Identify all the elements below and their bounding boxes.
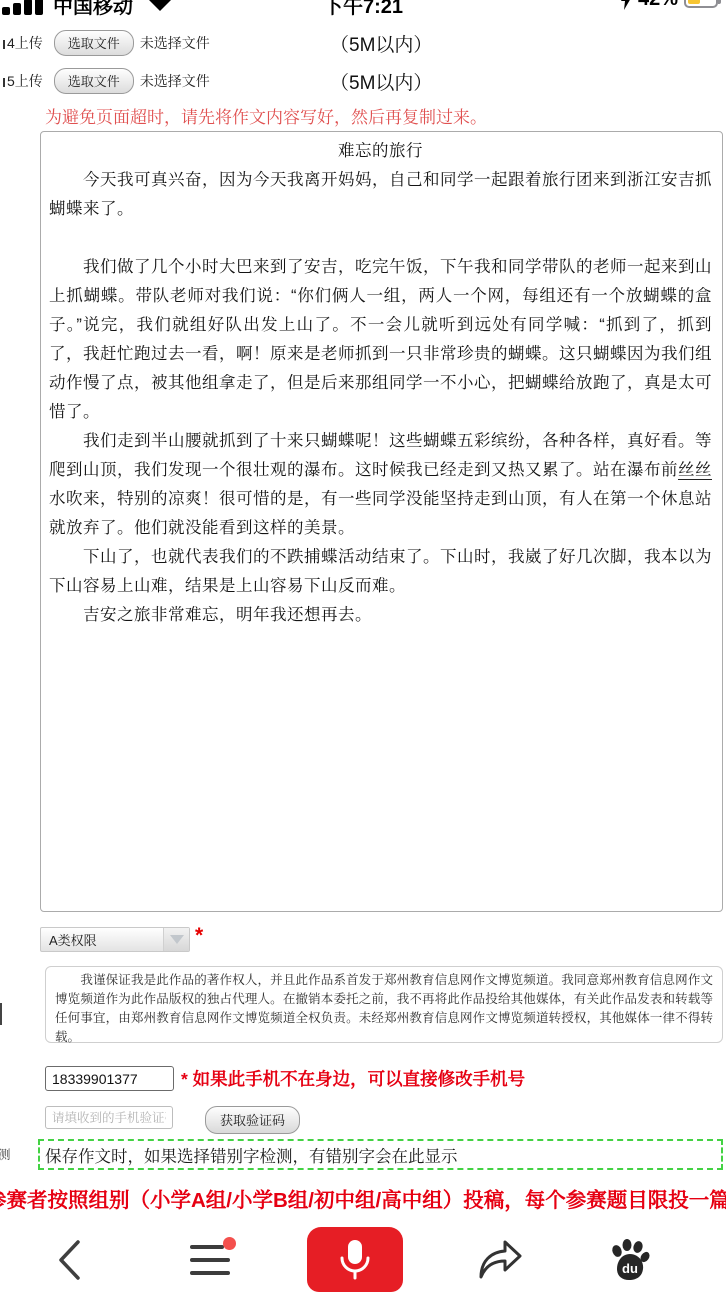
clipped-text-fragment [0,1003,2,1025]
copyright-statement-text: 我谨保证我是此作品的著作权人，并且此作品系首发于郑州教育信息网作文博览频道。我同… [55,971,713,1047]
page: 中国移动 下午7:21 42% 4上传 选取文件 未选择文件 （5M以内） 5上… [0,0,726,1292]
browser-toolbar: du [0,1227,726,1292]
status-bar: 中国移动 下午7:21 42% [0,0,726,16]
get-code-button[interactable]: 获取验证码 [205,1106,300,1134]
file-status-label: 未选择文件 [140,71,210,91]
permission-select[interactable]: A类权限 [40,927,190,952]
chevron-down-icon [163,928,189,951]
share-arrow-icon [477,1239,523,1281]
voice-search-button[interactable] [307,1227,403,1292]
required-asterisk: * [195,924,203,948]
file-status-label: 未选择文件 [140,33,210,53]
copyright-statement-box: 我谨保证我是此作品的著作权人，并且此作品系首发于郑州教育信息网作文博览频道。我同… [45,966,723,1043]
menu-button[interactable] [178,1227,242,1292]
battery-icon [684,0,718,8]
upload-row-4: 4上传 选取文件 未选择文件 （5M以内） [0,30,726,56]
phone-edit-note: * 如果此手机不在身边，可以直接修改手机号 [181,1066,525,1091]
battery-percent-label: 42% [638,0,678,11]
baidu-paw-icon: du [608,1239,652,1281]
charging-bolt-icon [620,0,632,10]
size-limit-label: （5M以内） [330,30,432,57]
svg-text:du: du [622,1261,638,1276]
clipped-text-fragment [3,78,5,87]
chevron-left-icon [55,1239,85,1281]
status-time: 下午7:21 [0,0,726,16]
permission-selected-value: A类权限 [41,930,163,949]
essay-content: 难忘的旅行 今天我可真兴奋，因为今天我离开妈妈，自己和同学一起跟着旅行团来到浙江… [49,137,712,630]
contest-rule-notice: 参赛者按照组别（小学A组/小学B组/初中组/高中组）投稿，每个参赛题目限投一篇 [0,1183,726,1213]
back-button[interactable] [40,1227,100,1292]
timeout-warning-text: 为避免页面超时，请先将作文内容写好，然后再复制过来。 [45,103,487,128]
size-limit-label: （5M以内） [330,68,432,95]
phone-number-input[interactable] [45,1066,174,1091]
verification-code-input[interactable] [45,1106,173,1129]
notification-dot [223,1237,236,1250]
upload-label: 4上传 [3,33,43,53]
typo-check-result-box: 保存作文时，如果选择错别字检测，有错别字会在此显示 [38,1139,723,1170]
microphone-icon [338,1238,372,1282]
typo-side-label: 测 [0,1145,14,1163]
choose-file-button[interactable]: 选取文件 [54,68,134,94]
upload-label: 5上传 [3,71,43,91]
typo-check-result-text: 保存作文时，如果选择错别字检测，有错别字会在此显示 [40,1143,458,1167]
hamburger-menu-icon [190,1243,230,1277]
clipped-text-fragment [3,40,5,49]
baidu-home-button[interactable]: du [598,1227,662,1292]
upload-row-5: 5上传 选取文件 未选择文件 （5M以内） [0,68,726,94]
share-button[interactable] [468,1227,532,1292]
essay-textarea[interactable]: 难忘的旅行 今天我可真兴奋，因为今天我离开妈妈，自己和同学一起跟着旅行团来到浙江… [40,131,723,912]
choose-file-button[interactable]: 选取文件 [54,30,134,56]
